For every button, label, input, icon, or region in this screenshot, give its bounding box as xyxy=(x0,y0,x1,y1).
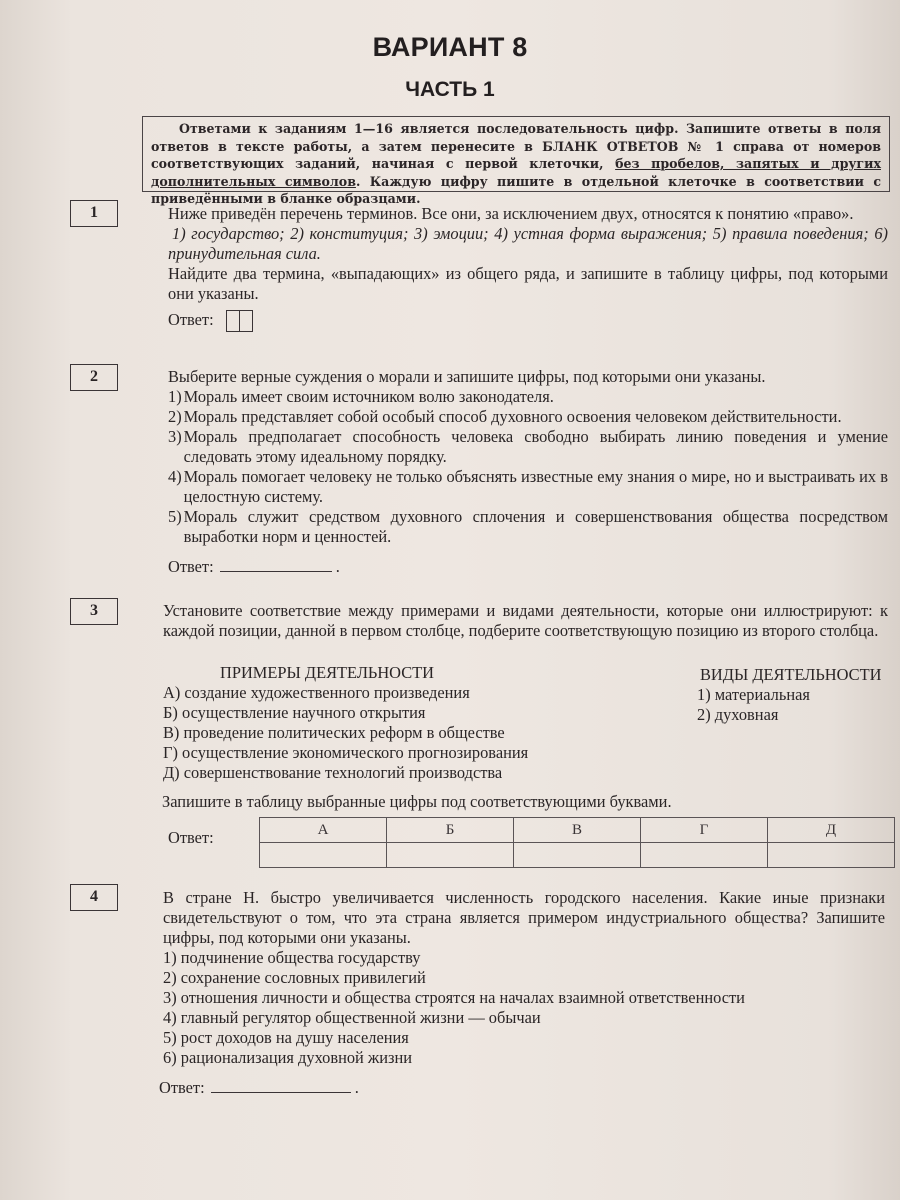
task-3-example: В) проведение политических реформ в обще… xyxy=(163,723,643,743)
table-letter: Д xyxy=(768,818,895,843)
answer-cell[interactable] xyxy=(387,843,514,868)
answer-cell[interactable] xyxy=(514,843,641,868)
part-title: ЧАСТЬ 1 xyxy=(0,78,900,102)
task-2-option: 3)Мораль предполагает способность челове… xyxy=(168,427,888,467)
task-4-option: 5) рост доходов на душу населения xyxy=(163,1028,885,1048)
task-4-option: 4) главный регулятор общественной жизни … xyxy=(163,1008,885,1028)
task-4: В стране Н. быстро увеличивается численн… xyxy=(163,888,885,1098)
instructions-box: Ответами к заданиям 1—16 является послед… xyxy=(142,116,890,192)
task-1-instruction: Найдите два термина, «выпадающих» из общ… xyxy=(168,264,888,304)
task-3-example: Д) совершенствование технологий производ… xyxy=(163,763,643,783)
task-3-answer-label: Ответ: xyxy=(168,828,214,848)
answer-label: Ответ: xyxy=(168,310,214,329)
task-1-terms: 1) государство; 2) конституция; 3) эмоци… xyxy=(168,224,888,264)
task-3-example: Б) осуществление научного открытия xyxy=(163,703,643,723)
task-4-option: 6) рационализация духовной жизни xyxy=(163,1048,885,1068)
task-2-option: 5)Мораль служит средством духовного спло… xyxy=(168,507,888,547)
task-2-number: 2 xyxy=(70,364,118,391)
task-3-left-header: ПРИМЕРЫ ДЕЯТЕЛЬНОСТИ xyxy=(220,663,434,683)
task-4-answer: Ответ: . xyxy=(159,1078,885,1098)
task-4-options: 1) подчинение общества государству 2) со… xyxy=(163,948,885,1068)
task-2-prompt: Выберите верные суждения о морали и запи… xyxy=(168,367,888,387)
task-2: Выберите верные суждения о морали и запи… xyxy=(168,367,888,577)
task-2-answer: Ответ: . xyxy=(168,557,888,577)
answer-label: Ответ: xyxy=(159,1078,205,1097)
task-2-option: 4)Мораль помогает человеку не только объ… xyxy=(168,467,888,507)
task-3-table-instruction: Запишите в таблицу выбранные цифры под с… xyxy=(162,792,887,812)
answer-cell[interactable] xyxy=(768,843,895,868)
task-3-example: А) создание художественного произведения xyxy=(163,683,643,703)
task-2-option: 2)Мораль представляет собой особый спосо… xyxy=(168,407,888,427)
table-letter: В xyxy=(514,818,641,843)
task-4-option: 3) отношения личности и общества строятс… xyxy=(163,988,885,1008)
task-3-type: 2) духовная xyxy=(697,705,877,725)
task-3-prompt: Установите соответствие между примерами … xyxy=(163,601,888,641)
task-1-number: 1 xyxy=(70,200,118,227)
task-3-right-header: ВИДЫ ДЕЯТЕЛЬНОСТИ xyxy=(700,665,881,685)
task-3-answer-table: А Б В Г Д xyxy=(259,817,895,868)
task-3-type: 1) материальная xyxy=(697,685,877,705)
answer-cell[interactable] xyxy=(641,843,768,868)
table-letter: А xyxy=(260,818,387,843)
answer-label: Ответ: xyxy=(168,557,214,576)
table-letter: Б xyxy=(387,818,514,843)
task-2-option: 1)Мораль имеет своим источником волю зак… xyxy=(168,387,888,407)
answer-cell[interactable] xyxy=(260,843,387,868)
task-4-prompt: В стране Н. быстро увеличивается численн… xyxy=(163,888,885,948)
task-4-number: 4 xyxy=(70,884,118,911)
variant-title: ВАРИАНТ 8 xyxy=(0,32,900,63)
exam-page: ВАРИАНТ 8 ЧАСТЬ 1 Ответами к заданиям 1—… xyxy=(0,0,900,1200)
task-4-answer-line[interactable] xyxy=(211,1080,351,1093)
task-3-number: 3 xyxy=(70,598,118,625)
answer-cell[interactable] xyxy=(226,310,240,332)
task-1-answer: Ответ: xyxy=(168,310,888,332)
table-letter: Г xyxy=(641,818,768,843)
task-1: Ниже приведён перечень терминов. Все они… xyxy=(168,204,888,332)
task-3-examples: А) создание художественного произведения… xyxy=(163,683,643,783)
task-1-answer-cells[interactable] xyxy=(226,310,253,332)
task-1-prompt: Ниже приведён перечень терминов. Все они… xyxy=(168,204,888,224)
task-4-option: 2) сохранение сословных привилегий xyxy=(163,968,885,988)
task-3-example: Г) осуществление экономического прогнози… xyxy=(163,743,643,763)
task-4-option: 1) подчинение общества государству xyxy=(163,948,885,968)
task-2-answer-line[interactable] xyxy=(220,559,332,572)
task-3-types: 1) материальная 2) духовная xyxy=(697,685,877,725)
answer-cell[interactable] xyxy=(240,310,253,332)
